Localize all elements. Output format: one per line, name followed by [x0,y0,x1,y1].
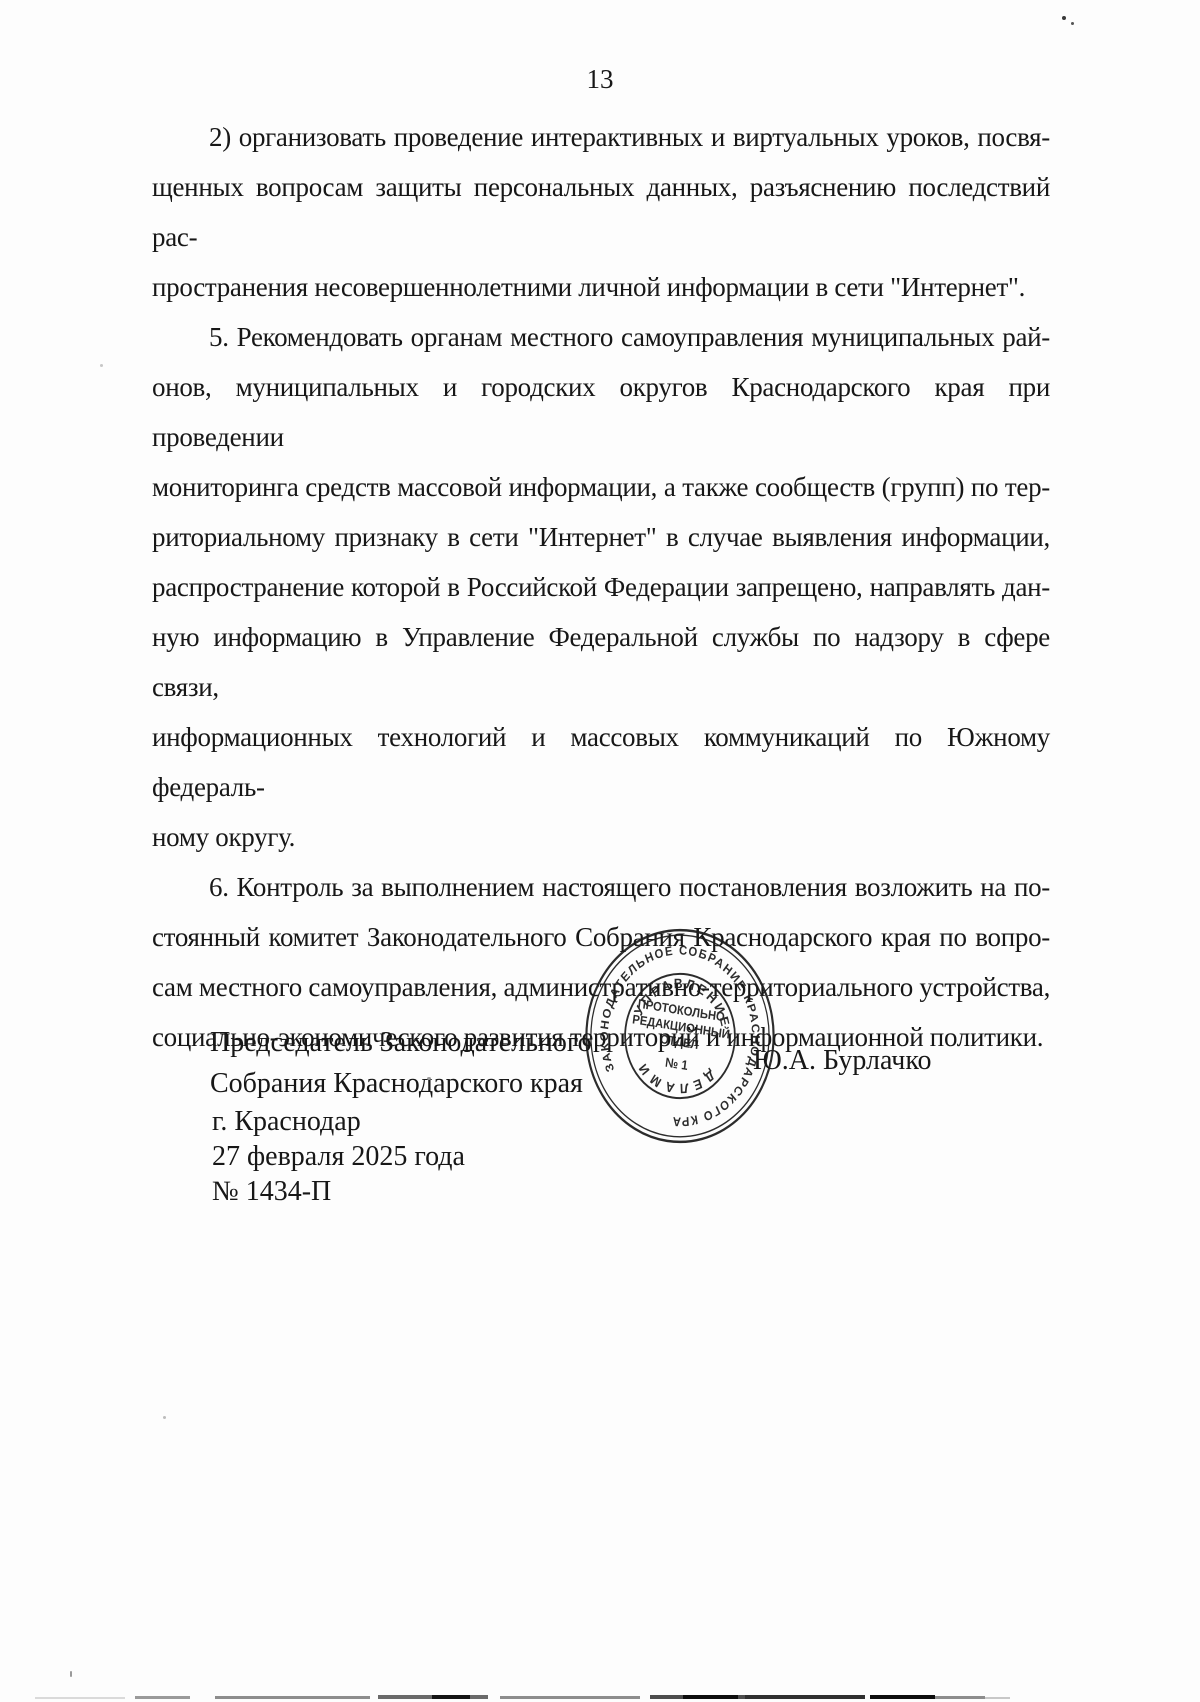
stamp-center-line: № 1 [664,1055,688,1073]
body-line: риториальному признаку в сети "Интернет"… [152,512,1050,562]
scan-noise-dot [1071,22,1074,25]
body-line: 2) организовать проведение интерактивных… [152,112,1050,162]
page-number: 13 [0,64,1200,95]
scan-noise-dot [1062,16,1066,20]
body-line: 6. Контроль за выполнением настоящего по… [152,862,1050,912]
document-page: 13 2) организовать проведение интерактив… [0,0,1200,1702]
footer-number: № 1434-П [212,1174,465,1209]
body-line: ную информацию в Управление Федеральной … [152,612,1050,712]
body-line: онов, муниципальных и городских округов … [152,362,1050,462]
body-line: ному округу. [152,812,1050,862]
signature-position-line2: Собрания Краснодарского края [210,1063,592,1104]
body-line: информационных технологий и массовых ком… [152,712,1050,812]
signature-position: Председатель Законодательного Собрания К… [210,1022,592,1104]
signature-position-line1: Председатель Законодательного [210,1022,592,1063]
scan-noise-dot [100,364,103,367]
body-line: распространение которой в Российской Фед… [152,562,1050,612]
body-line: мониторинга средств массовой информации,… [152,462,1050,512]
scan-noise-dot [70,1671,72,1677]
footer-date: 27 февраля 2025 года [212,1139,465,1174]
scan-noise-dot [427,1077,431,1080]
signature-name: Ю.А. Бурлачко [753,1045,932,1077]
official-round-stamp: ЗАКОНОДАТЕЛЬНОЕ СОБРАНИЕ КРАСНОДАРСКОГО … [581,924,779,1148]
footer-city: г. Краснодар [212,1104,465,1139]
body-line: пространения несовершеннолетними личной … [152,262,1050,312]
document-body: 2) организовать проведение интерактивных… [152,112,1050,1062]
body-line: 5. Рекомендовать органам местного самоуп… [152,312,1050,362]
document-footer: г. Краснодар 27 февраля 2025 года № 1434… [212,1104,465,1209]
scan-noise-dot [163,1416,166,1419]
body-line: щенных вопросам защиты персональных данн… [152,162,1050,262]
